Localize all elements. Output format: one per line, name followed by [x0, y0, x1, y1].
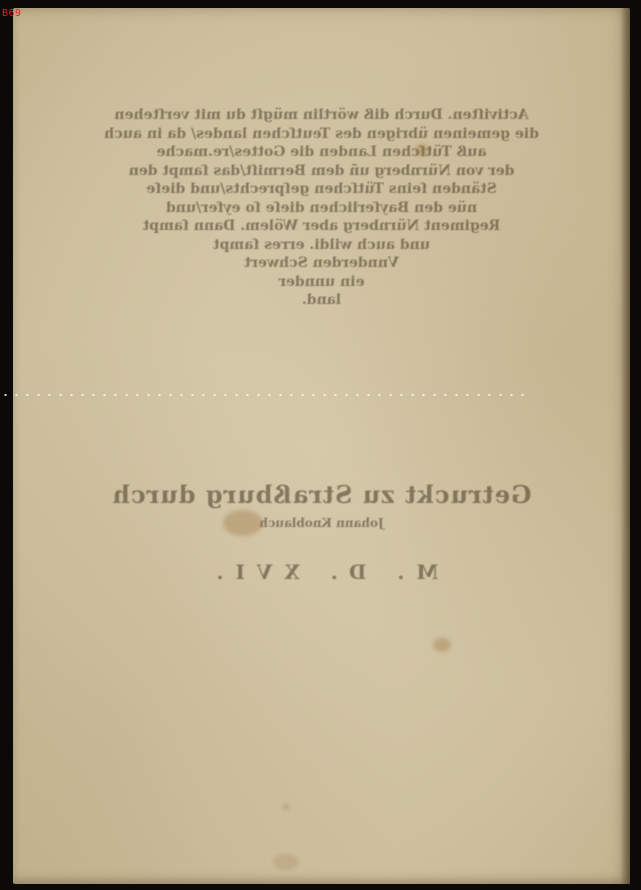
foxing-stain [223, 510, 263, 536]
bleed-line: ein unnder [13, 273, 630, 292]
page-label: B69 [2, 8, 22, 19]
bleed-line: und auch wildi. erres ſampt [13, 236, 630, 255]
foxing-stain [433, 638, 451, 652]
scan-guide-dotted-line [0, 394, 530, 396]
bleed-through-colophon-title: Getruckt zu Straßburg durch [13, 480, 630, 509]
bleed-line: der von Nürnberg uñ dem Bermiſt/das ſamp… [13, 162, 630, 181]
foxing-stain [273, 854, 299, 870]
bleed-line: Regiment Nürnberg aber Wölem. Dann ſampt [13, 217, 630, 236]
foxing-stain [283, 804, 289, 810]
bleed-line: Activiſten. Durch diß wörtlin mügſt du m… [13, 106, 630, 125]
foxing-stain [415, 144, 429, 156]
bleed-line: Ständen ſeins Tütſchen geſprechts/und di… [13, 180, 630, 199]
bleed-through-printer: Johann Knoblauch [13, 516, 630, 530]
bleed-line: auß Tütſchen Landen die Gottes/re.mache [13, 143, 630, 162]
bleed-through-paragraph: Activiſten. Durch diß wörtlin mügſt du m… [13, 106, 630, 310]
book-page: Activiſten. Durch diß wörtlin mügſt du m… [13, 8, 630, 884]
bleed-line: land. [13, 291, 630, 310]
bleed-line: die gemeinen übrigen des Teutſchen lande… [13, 125, 630, 144]
bleed-line: nüe den Bayſerlichen dieſe ſo eyfer/und [13, 199, 630, 218]
bleed-through-year: M. D. XVI. [13, 560, 630, 584]
bleed-line: Vnnderden Schwert [13, 254, 630, 273]
